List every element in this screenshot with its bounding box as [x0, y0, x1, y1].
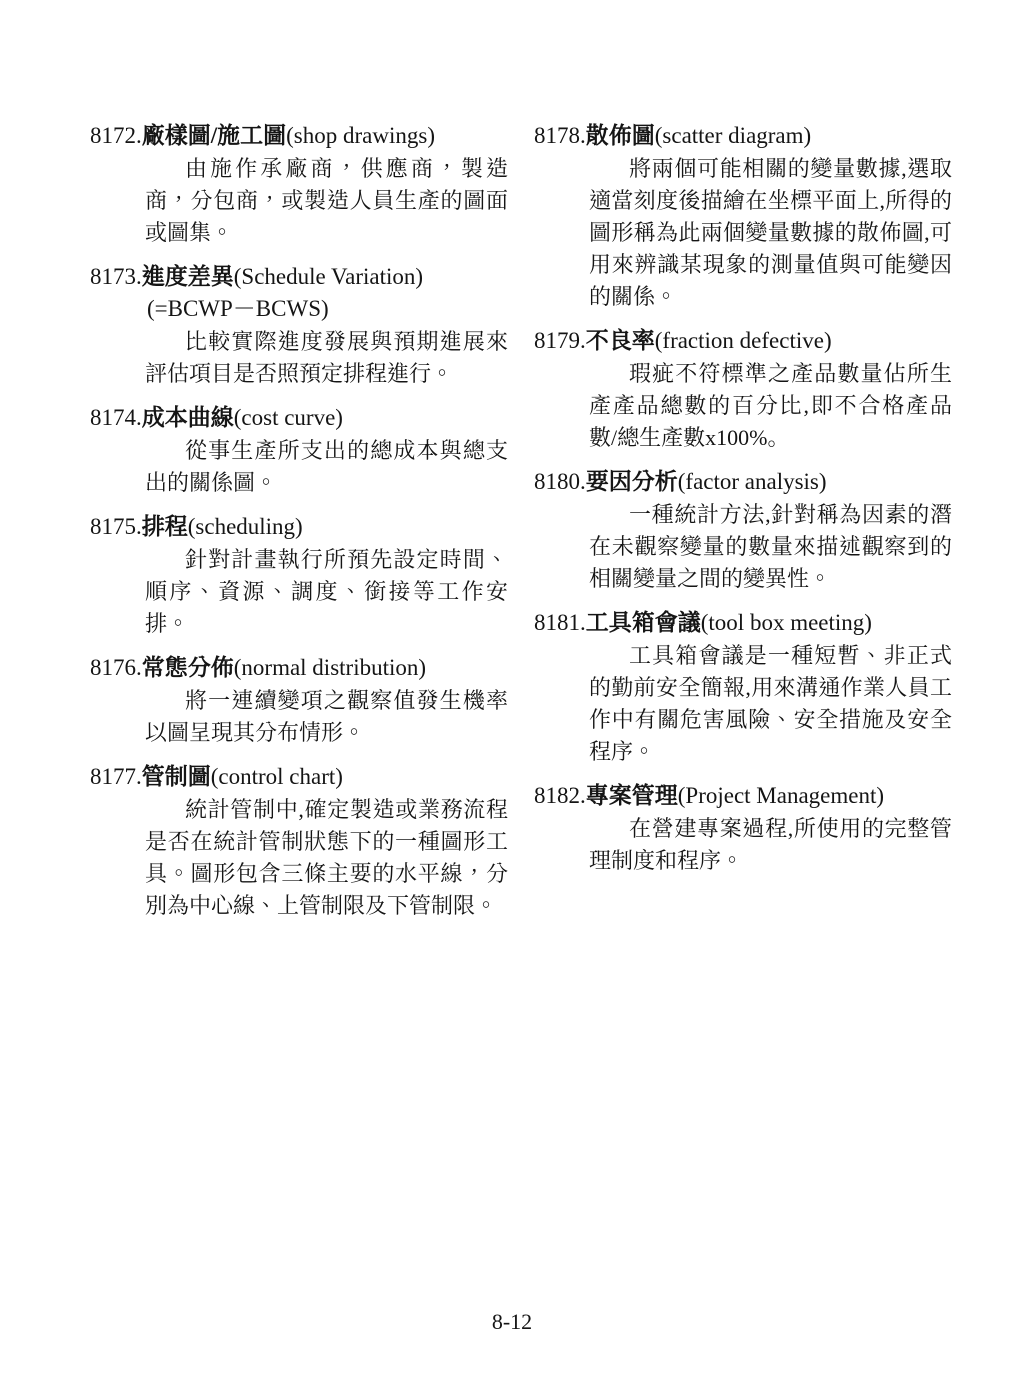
entry-number: 8177.: [90, 764, 142, 789]
glossary-entry: 8176.常態分佈(normal distribution) 將一連續變項之觀察…: [90, 652, 508, 749]
entry-number: 8181.: [534, 610, 586, 635]
entry-heading: 8182.專案管理(Project Management): [534, 780, 952, 812]
entry-number: 8180.: [534, 469, 586, 494]
entry-english-gloss: (shop drawings): [286, 123, 435, 148]
entry-heading: 8179.不良率(fraction defective): [534, 325, 952, 357]
glossary-entry: 8172.廠樣圖/施工圖(shop drawings) 由施作承廠商，供應商，製…: [90, 120, 508, 249]
entry-heading: 8175.排程(scheduling): [90, 511, 508, 543]
glossary-entry: 8180.要因分析(factor analysis) 一種統計方法,針對稱為因素…: [534, 466, 952, 595]
entry-heading: 8176.常態分佈(normal distribution): [90, 652, 508, 684]
entry-english-gloss: (scheduling): [188, 514, 303, 539]
entry-term: 不良率: [586, 328, 655, 353]
entry-english-gloss: (normal distribution): [234, 655, 426, 680]
entry-definition: 瑕疵不符標準之產品數量佔所生產產品總數的百分比,即不合格產品數/總生產數x100…: [589, 358, 952, 454]
entry-term: 進度差異: [142, 264, 234, 289]
entry-number: 8172.: [90, 123, 142, 148]
entry-term: 管制圖: [142, 764, 211, 789]
entry-english-gloss: (scatter diagram): [655, 123, 811, 148]
entry-number: 8176.: [90, 655, 142, 680]
document-page: 8172.廠樣圖/施工圖(shop drawings) 由施作承廠商，供應商，製…: [0, 0, 1024, 1400]
entry-english-gloss: (factor analysis): [678, 469, 827, 494]
entry-definition: 由施作承廠商，供應商，製造商，分包商，或製造人員生產的圖面或圖集。: [145, 153, 508, 249]
entry-number: 8179.: [534, 328, 586, 353]
glossary-entry: 8179.不良率(fraction defective) 瑕疵不符標準之產品數量…: [534, 325, 952, 454]
entry-term: 常態分佈: [142, 655, 234, 680]
entry-definition: 針對計畫執行所預先設定時間、順序、資源、調度、銜接等工作安排。: [145, 544, 508, 640]
entry-term: 專案管理: [586, 783, 678, 808]
entry-number: 8174.: [90, 405, 142, 430]
two-column-layout: 8172.廠樣圖/施工圖(shop drawings) 由施作承廠商，供應商，製…: [90, 120, 952, 934]
entry-heading: 8178.散佈圖(scatter diagram): [534, 120, 952, 152]
entry-definition: 將一連續變項之觀察值發生機率以圖呈現其分布情形。: [145, 685, 508, 749]
entry-number: 8173.: [90, 264, 142, 289]
entry-english-gloss: (tool box meeting): [701, 610, 872, 635]
entry-heading: 8177.管制圖(control chart): [90, 761, 508, 793]
entry-number: 8182.: [534, 783, 586, 808]
entry-definition: 統計管制中,確定製造或業務流程是否在統計管制狀態下的一種圖形工具。圖形包含三條主…: [145, 794, 508, 922]
left-column: 8172.廠樣圖/施工圖(shop drawings) 由施作承廠商，供應商，製…: [90, 120, 508, 934]
glossary-entry: 8173.進度差異(Schedule Variation) (=BCWP－BCW…: [90, 261, 508, 390]
entry-number: 8178.: [534, 123, 586, 148]
entry-heading: 8181.工具箱會議(tool box meeting): [534, 607, 952, 639]
glossary-entry: 8177.管制圖(control chart) 統計管制中,確定製造或業務流程是…: [90, 761, 508, 922]
entry-definition: 從事生產所支出的總成本與總支出的關係圖。: [145, 435, 508, 499]
entry-english-gloss: (cost curve): [234, 405, 343, 430]
entry-number: 8175.: [90, 514, 142, 539]
entry-term: 散佈圖: [586, 123, 655, 148]
entry-definition: 將兩個可能相關的變量數據,選取適當刻度後描繪在坐標平面上,所得的圖形稱為此兩個變…: [589, 153, 952, 313]
entry-definition: 在營建專案過程,所使用的完整管理制度和程序。: [589, 813, 952, 877]
glossary-entry: 8174.成本曲線(cost curve) 從事生產所支出的總成本與總支出的關係…: [90, 402, 508, 499]
entry-term: 成本曲線: [142, 405, 234, 430]
entry-term: 排程: [142, 514, 188, 539]
entry-definition: 工具箱會議是一種短暫、非正式的勤前安全簡報,用來溝通作業人員工作中有關危害風險、…: [589, 640, 952, 768]
page-number: 8-12: [0, 1308, 1024, 1336]
entry-english-gloss: (fraction defective): [655, 328, 832, 353]
entry-english-gloss: (Project Management): [678, 783, 884, 808]
entry-heading: 8174.成本曲線(cost curve): [90, 402, 508, 434]
glossary-entry: 8181.工具箱會議(tool box meeting) 工具箱會議是一種短暫、…: [534, 607, 952, 768]
right-column: 8178.散佈圖(scatter diagram) 將兩個可能相關的變量數據,選…: [534, 120, 952, 934]
entry-term: 廠樣圖/施工圖: [142, 123, 286, 148]
entry-definition: 一種統計方法,針對稱為因素的潛在未觀察變量的數量來描述觀察到的相關變量之間的變異…: [589, 499, 952, 595]
entry-term: 要因分析: [586, 469, 678, 494]
entry-heading: 8172.廠樣圖/施工圖(shop drawings): [90, 120, 508, 152]
entry-term: 工具箱會議: [586, 610, 701, 635]
entry-heading: 8173.進度差異(Schedule Variation) (=BCWP－BCW…: [90, 261, 508, 325]
glossary-entry: 8182.專案管理(Project Management) 在營建專案過程,所使…: [534, 780, 952, 877]
glossary-entry: 8175.排程(scheduling) 針對計畫執行所預先設定時間、順序、資源、…: [90, 511, 508, 640]
entry-english-gloss: (control chart): [211, 764, 343, 789]
glossary-entry: 8178.散佈圖(scatter diagram) 將兩個可能相關的變量數據,選…: [534, 120, 952, 313]
entry-heading: 8180.要因分析(factor analysis): [534, 466, 952, 498]
entry-definition: 比較實際進度發展與預期進展來評估項目是否照預定排程進行。: [145, 326, 508, 390]
